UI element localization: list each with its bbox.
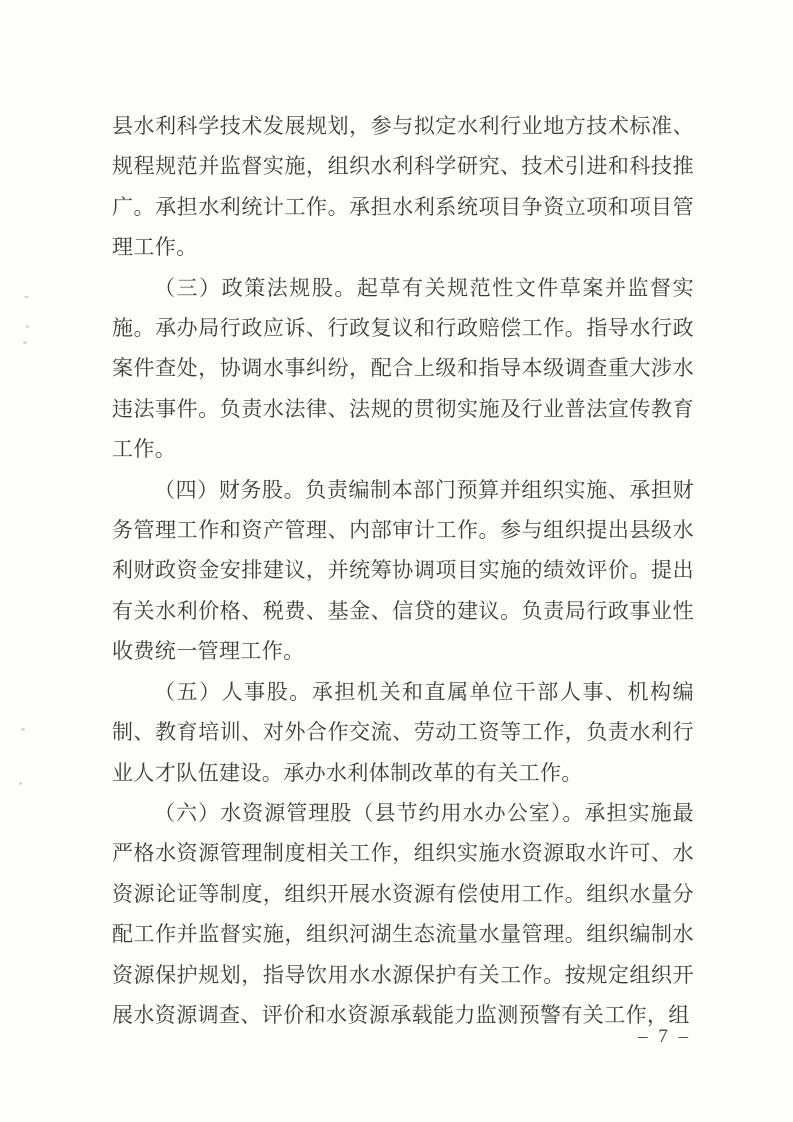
page-number: – 7 – [638, 1026, 691, 1048]
document-body: 县水利科学技术发展规划，参与拟定水利行业地方技术标准、规程规范并监督实施，组织水… [112, 106, 694, 1035]
scan-artifact [26, 325, 29, 328]
paragraph-section-4-finance: （四）财务股。负责编制本部门预算并组织实施、承担财务管理工作和资产管理、内部审计… [112, 470, 694, 672]
scanned-document-page: 县水利科学技术发展规划，参与拟定水利行业地方技术标准、规程规范并监督实施，组织水… [0, 0, 793, 1122]
paragraph-section-5-personnel: （五）人事股。承担机关和直属单位干部人事、机构编制、教育培训、对外合作交流、劳动… [112, 672, 694, 793]
scan-artifact [23, 341, 27, 344]
paragraph-section-3-policy-legal: （三）政策法规股。起草有关规范性文件草案并监督实施。承办局行政应诉、行政复议和行… [112, 268, 694, 470]
paragraph-section-6-water-resources: （六）水资源管理股（县节约用水办公室）。承担实施最严格水资源管理制度相关工作，组… [112, 793, 694, 1035]
scan-artifact [24, 296, 29, 298]
scan-artifact [21, 728, 25, 731]
scan-artifact [19, 782, 22, 785]
paragraph-continuation: 县水利科学技术发展规划，参与拟定水利行业地方技术标准、规程规范并监督实施，组织水… [112, 106, 694, 268]
